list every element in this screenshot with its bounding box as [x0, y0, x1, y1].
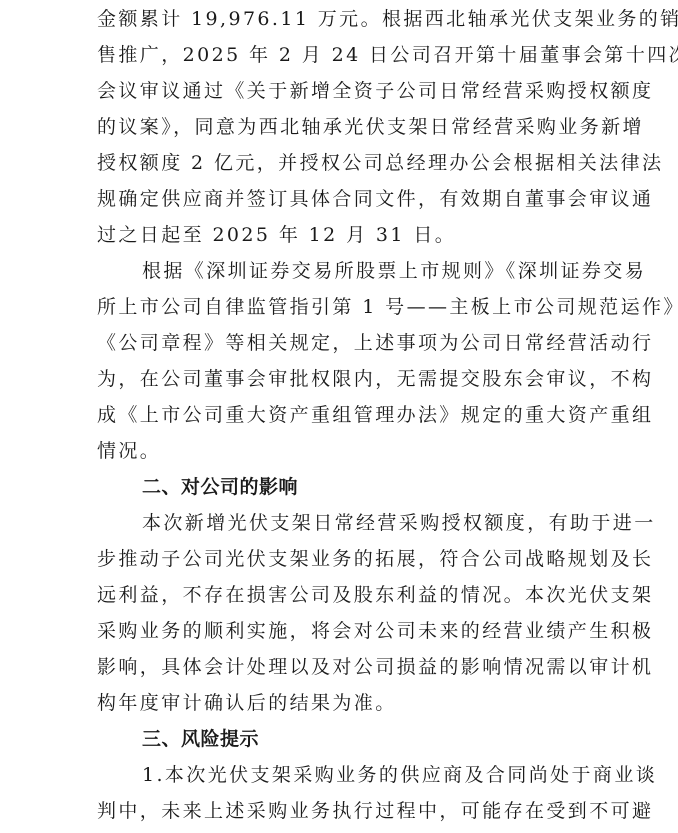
text-line: 采购业务的顺利实施，将会对公司未来的经营业绩产生积极	[97, 613, 593, 649]
text-line: 判中，未来上述采购业务执行过程中，可能存在受到不可避	[97, 793, 593, 829]
text-line: 根据《深圳证券交易所股票上市规则》《深圳证券交易	[97, 253, 593, 289]
text-line: 成《上市公司重大资产重组管理办法》规定的重大资产重组	[97, 397, 593, 433]
text-line: 1.本次光伏支架采购业务的供应商及合同尚处于商业谈	[97, 757, 593, 793]
text-line: 影响，具体会计处理以及对公司损益的影响情况需以审计机	[97, 649, 593, 685]
paragraph-impact: 本次新增光伏支架日常经营采购授权额度，有助于进一 步推动子公司光伏支架业务的拓展…	[97, 505, 593, 721]
text-line: 会议审议通过《关于新增全资子公司日常经营采购授权额度	[97, 73, 593, 109]
text-line: 规确定供应商并签订具体合同文件，有效期自董事会审议通	[97, 181, 593, 217]
paragraph-risk: 1.本次光伏支架采购业务的供应商及合同尚处于商业谈 判中，未来上述采购业务执行过…	[97, 757, 593, 829]
document-page: 金额累计 19,976.11 万元。根据西北轴承光伏支架业务的销 售推广，202…	[97, 1, 593, 829]
text-line: 为，在公司董事会审批权限内，无需提交股东会审议，不构	[97, 361, 593, 397]
text-line: 金额累计 19,976.11 万元。根据西北轴承光伏支架业务的销	[97, 1, 593, 37]
text-line: 的议案》，同意为西北轴承光伏支架日常经营采购业务新增	[97, 109, 593, 145]
text-line: 售推广，2025 年 2 月 24 日公司召开第十届董事会第十四次	[97, 37, 593, 73]
section-heading-risk: 三、风险提示	[97, 721, 593, 757]
section-heading-impact: 二、对公司的影响	[97, 469, 593, 505]
text-line: 授权额度 2 亿元，并授权公司总经理办公会根据相关法律法	[97, 145, 593, 181]
paragraph-regulations: 根据《深圳证券交易所股票上市规则》《深圳证券交易 所上市公司自律监管指引第 1 …	[97, 253, 593, 469]
text-line: 本次新增光伏支架日常经营采购授权额度，有助于进一	[97, 505, 593, 541]
text-line: 过之日起至 2025 年 12 月 31 日。	[97, 217, 593, 253]
text-line: 《公司章程》等相关规定，上述事项为公司日常经营活动行	[97, 325, 593, 361]
text-line: 情况。	[97, 433, 593, 469]
text-line: 构年度审计确认后的结果为准。	[97, 685, 593, 721]
paragraph-authorization: 金额累计 19,976.11 万元。根据西北轴承光伏支架业务的销 售推广，202…	[97, 1, 593, 253]
text-line: 步推动子公司光伏支架业务的拓展，符合公司战略规划及长	[97, 541, 593, 577]
text-line: 所上市公司自律监管指引第 1 号——主板上市公司规范运作》	[97, 289, 593, 325]
text-line: 远利益，不存在损害公司及股东利益的情况。本次光伏支架	[97, 577, 593, 613]
